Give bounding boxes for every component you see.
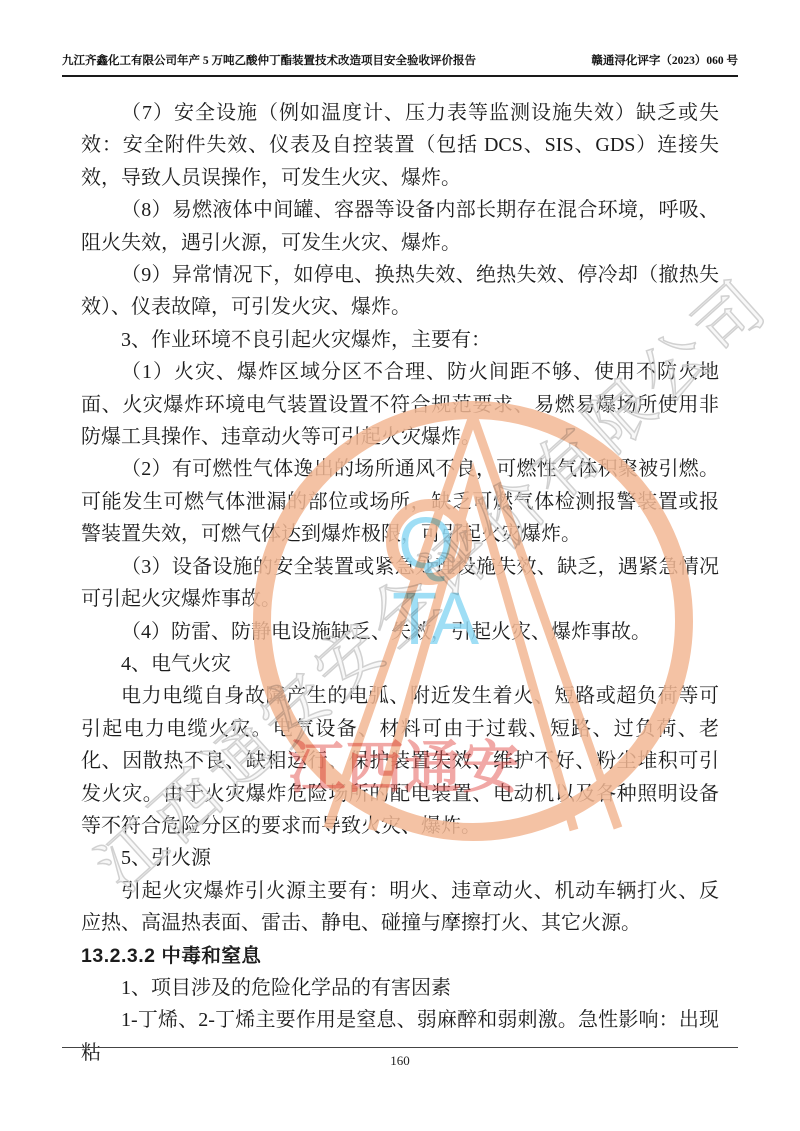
paragraph-9-abnormal-conditions: （9）异常情况下，如停电、换热失效、绝热失效、停冷却（撤热失效）、仪表故障，可引… xyxy=(81,259,719,324)
document-number: 赣通浔化评字（2023）060 号 xyxy=(591,52,738,68)
page-header: 九江齐鑫化工有限公司年产 5 万吨乙酸仲丁酯装置技术改造项目安全验收评价报告 赣… xyxy=(62,52,738,77)
paragraph-3-safety-devices: （3）设备设施的安全装置或紧急处理设施失效、缺乏，遇紧急情况可引起火灾爆炸事故。 xyxy=(81,551,719,616)
paragraph-3-work-environment: 3、作业环境不良引起火灾爆炸，主要有： xyxy=(81,324,719,356)
paragraph-2-gas-leak: （2）有可燃性气体逸出的场所通风不良，可燃性气体积聚被引燃。可能发生可燃气体泄漏… xyxy=(81,453,719,550)
report-title: 九江齐鑫化工有限公司年产 5 万吨乙酸仲丁酯装置技术改造项目安全验收评价报告 xyxy=(62,52,476,68)
paragraph-ignition-source-detail: 引起火灾爆炸引火源主要有：明火、违章动火、机动车辆打火、反应热、高温热表面、雷击… xyxy=(81,875,719,940)
section-heading-poisoning-asphyxia: 13.2.3.2 中毒和窒息 xyxy=(81,940,719,972)
paragraph-4-electrical-fire-title: 4、电气火灾 xyxy=(81,648,719,680)
paragraph-1-hazardous-chemicals: 1、项目涉及的危险化学品的有害因素 xyxy=(81,972,719,1004)
page-footer: 160 xyxy=(62,1047,738,1069)
paragraph-8-flammable-liquids: （8）易燃液体中间罐、容器等设备内部长期存在混合环境，呼吸、阻火失效，遇引火源，… xyxy=(81,194,719,259)
document-page: 九江齐鑫化工有限公司年产 5 万吨乙酸仲丁酯装置技术改造项目安全验收评价报告 赣… xyxy=(0,0,800,1131)
document-body: （7）安全设施（例如温度计、压力表等监测设施失效）缺乏或失效：安全附件失效、仪表… xyxy=(81,97,719,1069)
paragraph-electrical-fire-detail: 电力电缆自身故障产生的电弧、附近发生着火、短路或超负荷等可引起电力电缆火灾。电气… xyxy=(81,680,719,842)
paragraph-5-ignition-source-title: 5、引火源 xyxy=(81,842,719,874)
paragraph-1-fire-zones: （1）火灾、爆炸区域分区不合理、防火间距不够、使用不防火地面、火灾爆炸环境电气装… xyxy=(81,356,719,453)
page-number: 160 xyxy=(390,1053,410,1068)
paragraph-4-lightning-static: （4）防雷、防静电设施缺乏、失效，引起火灾、爆炸事故。 xyxy=(81,616,719,648)
paragraph-7-safety-facilities: （7）安全设施（例如温度计、压力表等监测设施失效）缺乏或失效：安全附件失效、仪表… xyxy=(81,97,719,194)
